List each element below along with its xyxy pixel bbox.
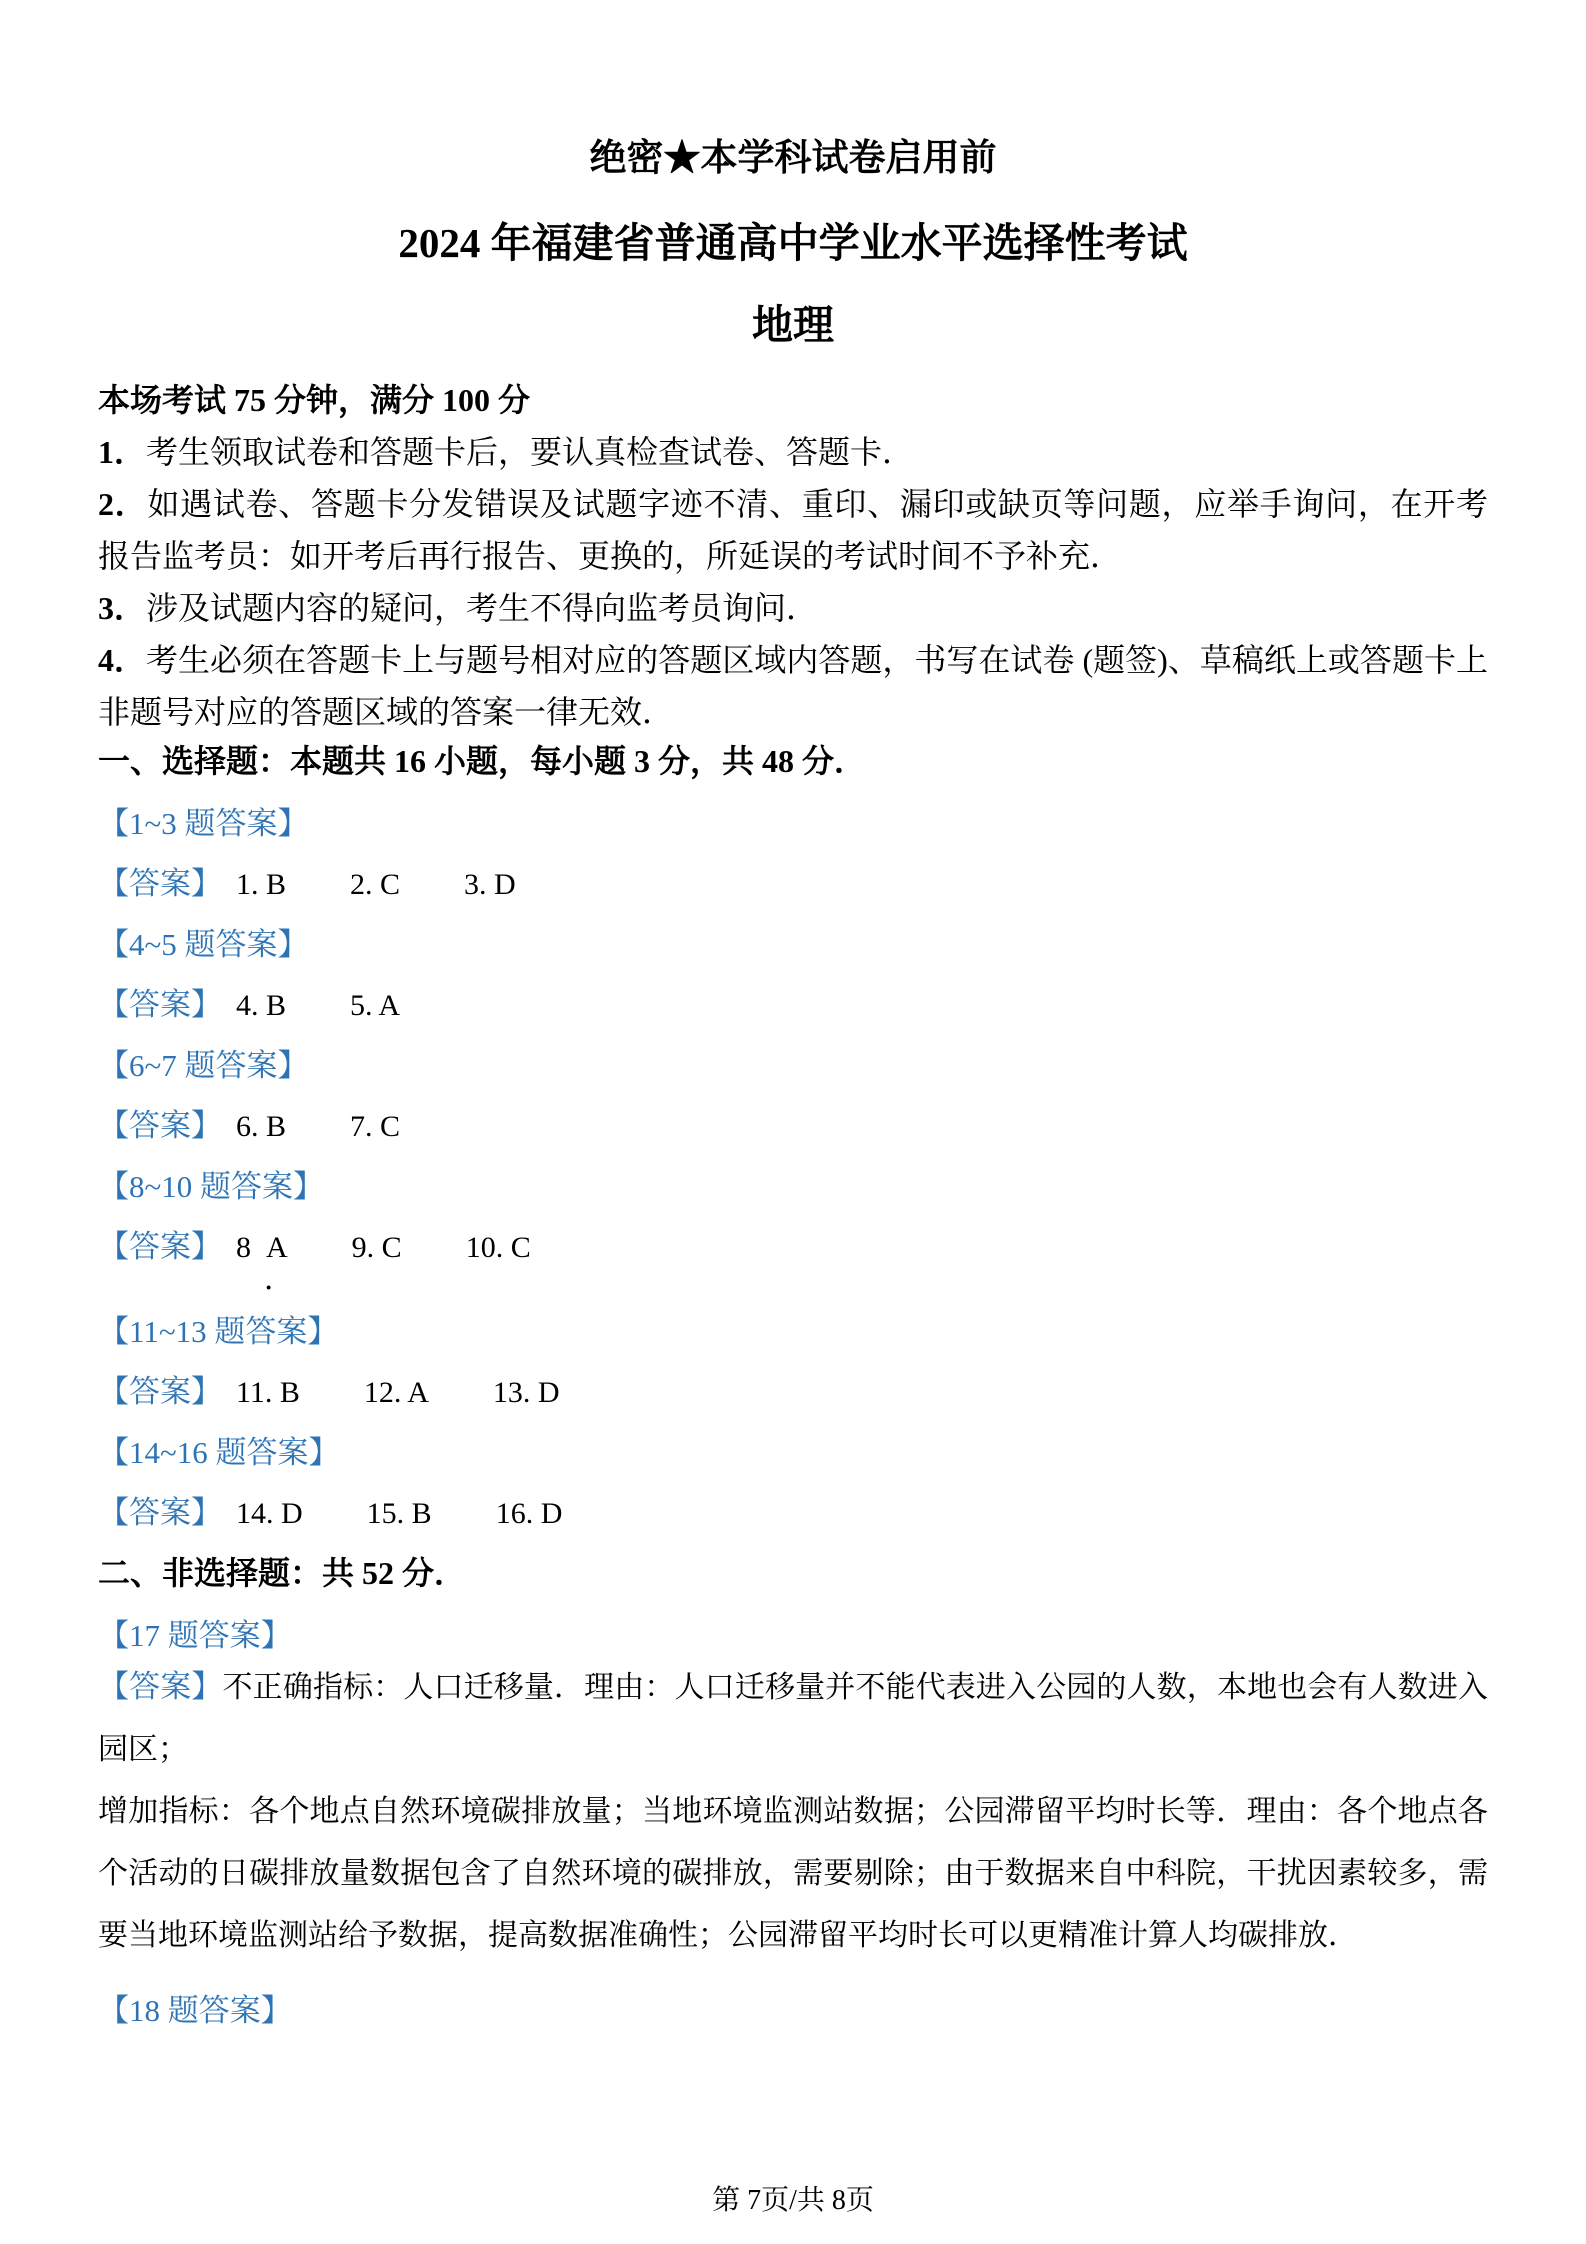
q18-header: 【18 题答案】: [98, 1991, 1488, 2031]
answer-item: 11. B: [236, 1376, 300, 1409]
instruction-text: 涉及试题内容的疑问，考生不得向监考员询问．: [146, 590, 818, 626]
answer-label: 【答案】: [98, 1669, 223, 1704]
answer-item: 14. D: [236, 1497, 303, 1530]
answer-item: 15. B: [367, 1497, 432, 1530]
instruction-text: 考生必须在答题卡上与题号相对应的答题区域内答题，书写在试卷 (题签)、草稿纸上或…: [98, 642, 1488, 730]
answer-group-header: 【4~5 题答案】: [98, 925, 1488, 965]
answer-group-header: 【11~13 题答案】: [98, 1312, 1488, 1352]
exam-duration: 本场考试 75 分钟，满分 100 分: [98, 374, 1488, 426]
document-page: 绝密★本学科试卷启用前 2024 年福建省普通高中学业水平选择性考试 地理 本场…: [0, 0, 1586, 2244]
answer-group: 【4~5 题答案】 【答案】4. B5. A: [98, 925, 1488, 1026]
exam-title: 2024 年福建省普通高中学业水平选择性考试: [98, 218, 1488, 268]
instruction-number: 2．: [98, 486, 147, 522]
answer-line: 【答案】1. B2. C3. D: [98, 864, 1488, 905]
answer-label: 【答案】: [98, 1108, 222, 1143]
answer-line: 【答案】6. B7. C: [98, 1106, 1488, 1147]
answer-group: 【6~7 题答案】 【答案】6. B7. C: [98, 1046, 1488, 1147]
instruction-text: 如遇试卷、答题卡分发错误及试题字迹不清、重印、漏印或缺页等问题，应举手询问，在开…: [98, 486, 1488, 574]
answer-item: 16. D: [496, 1497, 563, 1530]
subject-title: 地理: [98, 300, 1488, 350]
answer-item: 6. B: [236, 1110, 286, 1143]
answer-group-header: 【8~10 题答案】: [98, 1167, 1488, 1207]
answer-line: 【答案】4. B5. A: [98, 985, 1488, 1026]
answer-item: 9. C: [352, 1231, 402, 1264]
answer-line: 【答案】11. B12. A13. D: [98, 1372, 1488, 1413]
answer-item: 2. C: [350, 868, 400, 901]
instruction-item: 3．涉及试题内容的疑问，考生不得向监考员询问．: [98, 582, 1488, 634]
page-number: 第 7页/共 8页: [0, 2178, 1586, 2218]
answer-item: 10. C: [466, 1231, 531, 1264]
instruction-item: 2．如遇试卷、答题卡分发错误及试题字迹不清、重印、漏印或缺页等问题，应举手询问，…: [98, 478, 1488, 582]
instruction-item: 4．考生必须在答题卡上与题号相对应的答题区域内答题，书写在试卷 (题签)、草稿纸…: [98, 634, 1488, 738]
answer-label: 【答案】: [98, 866, 222, 901]
answer-group: 【8~10 题答案】 【答案】8 A9. C10. C ．: [98, 1167, 1488, 1292]
answer-group: 【14~16 题答案】 【答案】14. D15. B16. D: [98, 1433, 1488, 1534]
instruction-text: 考生领取试卷和答题卡后，要认真检查试卷、答题卡．: [146, 434, 914, 470]
answer-item: 4. B: [236, 989, 286, 1022]
q17-header: 【17 题答案】: [98, 1616, 1488, 1656]
answer-group-header: 【6~7 题答案】: [98, 1046, 1488, 1086]
stray-period: ．: [98, 1272, 1488, 1292]
q17-answer-paragraph-1: 【答案】不正确指标：人口迁移量．理由：人口迁移量并不能代表进入公园的人数，本地也…: [98, 1656, 1488, 1781]
answer-line: 【答案】14. D15. B16. D: [98, 1493, 1488, 1534]
q17-answer-paragraph-2: 增加指标：各个地点自然环境碳排放量；当地环境监测站数据；公园滞留平均时长等．理由…: [98, 1781, 1488, 1967]
instruction-number: 4．: [98, 642, 146, 678]
answer-item: 1. B: [236, 868, 286, 901]
section1-heading: 一、选择题：本题共 16 小题，每小题 3 分，共 48 分．: [98, 738, 1488, 784]
answer-label: 【答案】: [98, 987, 222, 1022]
answer-item: 7. C: [350, 1110, 400, 1143]
answer-item: 12. A: [364, 1376, 429, 1409]
confidential-notice: 绝密★本学科试卷启用前: [98, 136, 1488, 182]
section2-heading: 二、非选择题：共 52 分．: [98, 1550, 1488, 1596]
answer-item: 8 A: [236, 1231, 288, 1264]
instruction-number: 3．: [98, 590, 146, 626]
answer-label: 【答案】: [98, 1495, 222, 1530]
q17-answer-text: 不正确指标：人口迁移量．理由：人口迁移量并不能代表进入公园的人数，本地也会有人数…: [98, 1671, 1488, 1766]
answer-item: 5. A: [350, 989, 400, 1022]
answer-label: 【答案】: [98, 1229, 222, 1264]
answer-item: 13. D: [493, 1376, 560, 1409]
instruction-item: 1．考生领取试卷和答题卡后，要认真检查试卷、答题卡．: [98, 426, 1488, 478]
answer-group: 【1~3 题答案】 【答案】1. B2. C3. D: [98, 804, 1488, 905]
answer-group-header: 【1~3 题答案】: [98, 804, 1488, 844]
answer-line: 【答案】8 A9. C10. C: [98, 1227, 1488, 1268]
answer-group-header: 【14~16 题答案】: [98, 1433, 1488, 1473]
document-content: 绝密★本学科试卷启用前 2024 年福建省普通高中学业水平选择性考试 地理 本场…: [0, 136, 1586, 2031]
answer-item: 3. D: [464, 868, 516, 901]
answer-label: 【答案】: [98, 1374, 222, 1409]
instruction-number: 1．: [98, 434, 146, 470]
answer-group: 【11~13 题答案】 【答案】11. B12. A13. D: [98, 1312, 1488, 1413]
